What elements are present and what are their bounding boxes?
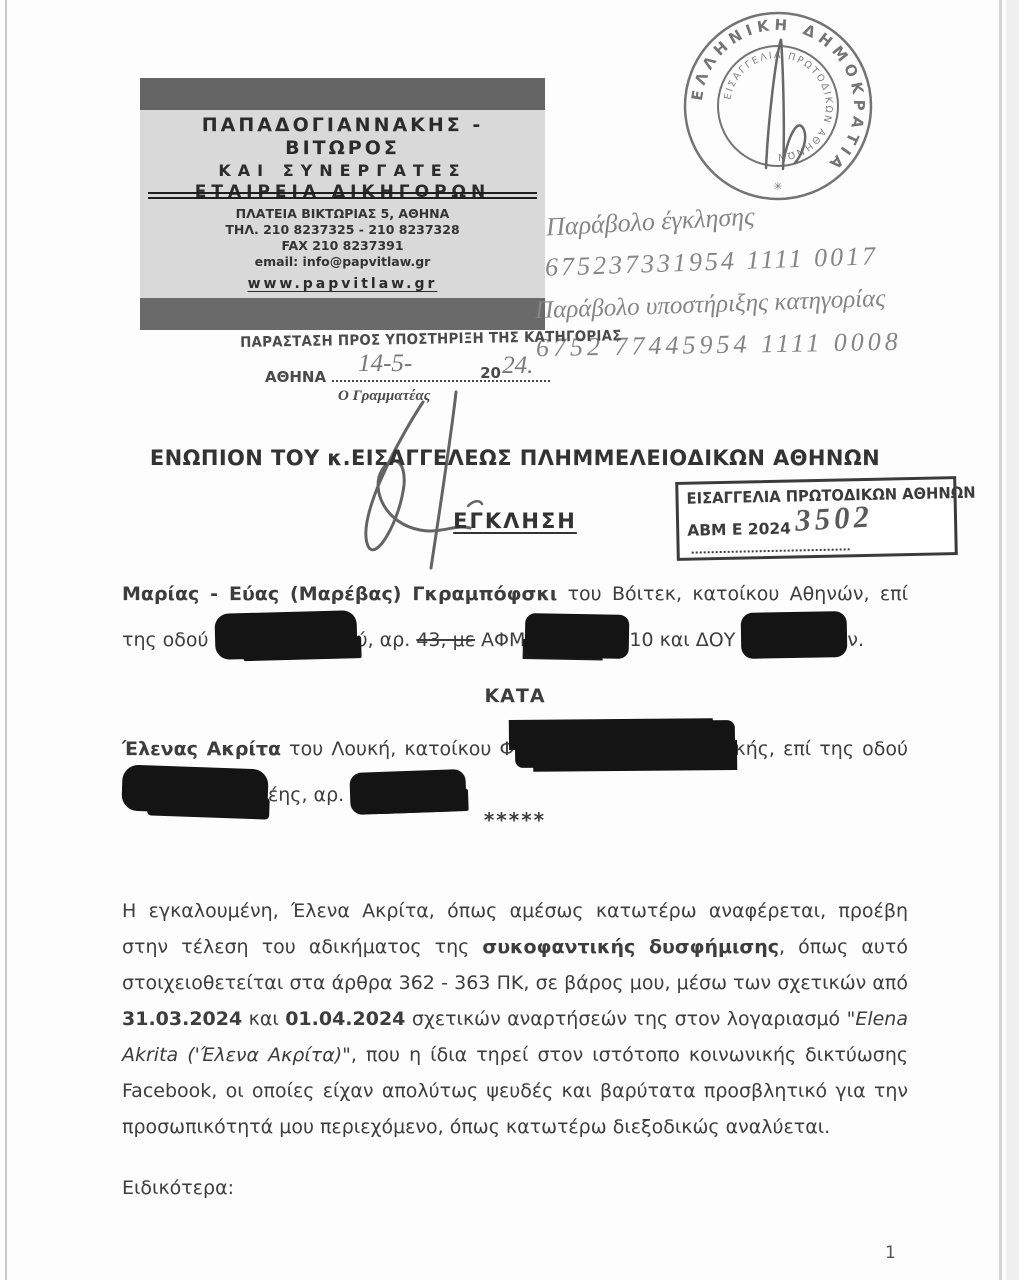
- stamp-star-icon: ✳: [773, 180, 782, 193]
- firm-email: email: info@papvitlaw.gr: [140, 254, 545, 270]
- complainant-details-2: ύ, αρ.: [357, 629, 417, 651]
- firm-name-line1: ΠΑΠΑΔΟΓΙΑΝΝΑΚΗΣ - ΒΙΤΩΡΟΣ: [140, 114, 545, 160]
- abm-handwritten-number: 3502: [794, 498, 874, 538]
- abm-label: ΑΒΜ Ε 2024: [687, 520, 791, 540]
- letterhead-divider-rule: [148, 192, 537, 199]
- clerk-signature-scribble: [328, 390, 498, 572]
- letterhead-bottom-bar: [140, 298, 545, 330]
- asterisk-separator: *****: [122, 802, 908, 838]
- printed-year-prefix: 20: [480, 364, 501, 382]
- handwritten-date: 14-5-: [358, 350, 412, 378]
- date-dotted-line: 14-5-2024.: [332, 364, 550, 382]
- scan-edge-right: [999, 0, 1002, 1280]
- law-firm-contact-block: ΠΛΑΤΕΙΑ ΒΙΚΤΩΡΙΑΣ 5, ΑΘΗΝΑ ΤΗΛ. 210 8237…: [140, 206, 545, 270]
- abm-dotted-line: [691, 536, 849, 553]
- letterhead-top-bar: [140, 78, 545, 110]
- redaction-street: [214, 610, 357, 660]
- abm-registry-stamp: ΕΙΣΑΓΓΕΛΙΑ ΠΡΩΤΟΔΙΚΩΝ ΑΘΗΝΩΝ ΑΒΜ Ε 20243…: [675, 476, 958, 561]
- defendant-paragraph: Έλενας Ακρίτα του Λουκή, κατοίκου Φκής, …: [122, 721, 908, 813]
- handwritten-fee-note-2-label: Παράβολο υποστήριξης κατηγορίας: [535, 285, 886, 325]
- complainant-paragraph: Μαρίας - Εύας (Μαρέβας) Γκραμπόφσκι του …: [122, 576, 908, 658]
- city-label: ΑΘΗΝΑ: [265, 368, 326, 386]
- kata-heading: ΚΑΤΑ: [122, 678, 908, 714]
- handwritten-year: 24.: [502, 352, 533, 380]
- abm-stamp-number-line: ΑΒΜ Ε 20243502: [687, 516, 947, 557]
- firm-address: ΠΛΑΤΕΙΑ ΒΙΚΤΩΡΙΑΣ 5, ΑΘΗΝΑ: [140, 206, 545, 222]
- scan-edge-left: [5, 0, 7, 1280]
- redaction-afm: [525, 613, 630, 659]
- stamp-inner-text: ΕΙΣΑΓΓΕΛΙΑ ΠΡΩΤΟΔΙΚΩΝ ΑΘΗΝΩΝ: [722, 50, 834, 162]
- stamp-inner-circle: [718, 46, 838, 166]
- complainant-details-5: ν.: [847, 629, 864, 651]
- scan-edge-right-band: [1006, 0, 1019, 1280]
- complainant-name: Μαρίας - Εύας (Μαρέβας) Γκραμπόφσκι: [122, 583, 557, 605]
- complainant-struck-text: 43, με: [416, 629, 475, 651]
- law-firm-letterhead: ΠΑΠΑΔΟΓΙΑΝΝΑΚΗΣ - ΒΙΤΩΡΟΣ ΚΑΙ ΣΥΝΕΡΓΑΤΕΣ…: [140, 78, 545, 330]
- defendant-details-2: κής, επί της οδού: [735, 738, 908, 760]
- scanned-legal-document: ΠΑΠΑΔΟΓΙΑΝΝΑΚΗΣ - ΒΙΤΩΡΟΣ ΚΑΙ ΣΥΝΕΡΓΑΤΕΣ…: [0, 0, 1019, 1280]
- handwritten-fee-note-1-number: 675237331954 1111 0017: [545, 241, 879, 283]
- firm-fax: FAX 210 8237391: [140, 238, 545, 254]
- stamp-outer-circle: [685, 13, 871, 199]
- redaction-defendant-area: [514, 720, 734, 768]
- body-seg-7: σχετικών αναρτήσεών της στον λογαριασμό: [405, 1008, 846, 1030]
- firm-phone: ΤΗΛ. 210 8237325 - 210 8237328: [140, 222, 545, 238]
- defendant-name: Έλενας Ακρίτα: [122, 738, 281, 760]
- body-paragraph: Η εγκαλουμένη, Έλενα Ακρίτα, όπως αμέσως…: [122, 893, 908, 1145]
- complainant-details-3: ΑΦΜ: [475, 629, 525, 651]
- defendant-details-1: του Λουκή, κατοίκου Φ: [281, 738, 514, 760]
- closing-line: Ειδικότερα:: [122, 1170, 908, 1206]
- law-firm-name: ΠΑΠΑΔΟΓΙΑΝΝΑΚΗΣ - ΒΙΤΩΡΟΣ ΚΑΙ ΣΥΝΕΡΓΑΤΕΣ…: [140, 114, 545, 203]
- firm-website: www.papvitlaw.gr: [140, 276, 545, 292]
- body-date-2: 01.04.2024: [285, 1008, 405, 1030]
- round-official-stamp: ΕΛΛΗΝΙΚΗ ΔΗΜΟΚΡΑΤΙΑ ΕΙΣΑΓΓΕΛΙΑ ΠΡΩΤΟΔΙΚΩ…: [672, 6, 884, 206]
- firm-name-line2: ΚΑΙ ΣΥΝΕΡΓΑΤΕΣ: [140, 160, 545, 181]
- body-date-1: 31.03.2024: [122, 1008, 242, 1030]
- body-seg-5: και: [242, 1008, 285, 1030]
- body-offense-bold: συκοφαντικής δυσφήμισης: [482, 936, 779, 958]
- document-heading: ΕΝΩΠΙΟΝ ΤΟΥ κ.ΕΙΣΑΓΓΕΛΕΩΣ ΠΛΗΜΜΕΛΕΙΟΔΙΚΩ…: [122, 446, 908, 470]
- filing-date-line: ΑΘΗΝΑ14-5-2024.: [265, 364, 550, 386]
- complainant-details-4: 10 και ΔΟΥ: [629, 629, 741, 651]
- page-number: 1: [885, 1243, 896, 1263]
- document-title-text: ΕΓΚΛΗΣΗ: [453, 509, 577, 533]
- redaction-doy: [741, 611, 848, 659]
- handwritten-fee-note-1-label: Παράβολο έγκλησης: [545, 202, 755, 243]
- svg-text:ΕΙΣΑΓΓΕΛΙΑ ΠΡΩΤΟΔΙΚΩΝ ΑΘΗΝΩΝ: ΕΙΣΑΓΓΕΛΙΑ ΠΡΩΤΟΔΙΚΩΝ ΑΘΗΝΩΝ: [722, 50, 834, 162]
